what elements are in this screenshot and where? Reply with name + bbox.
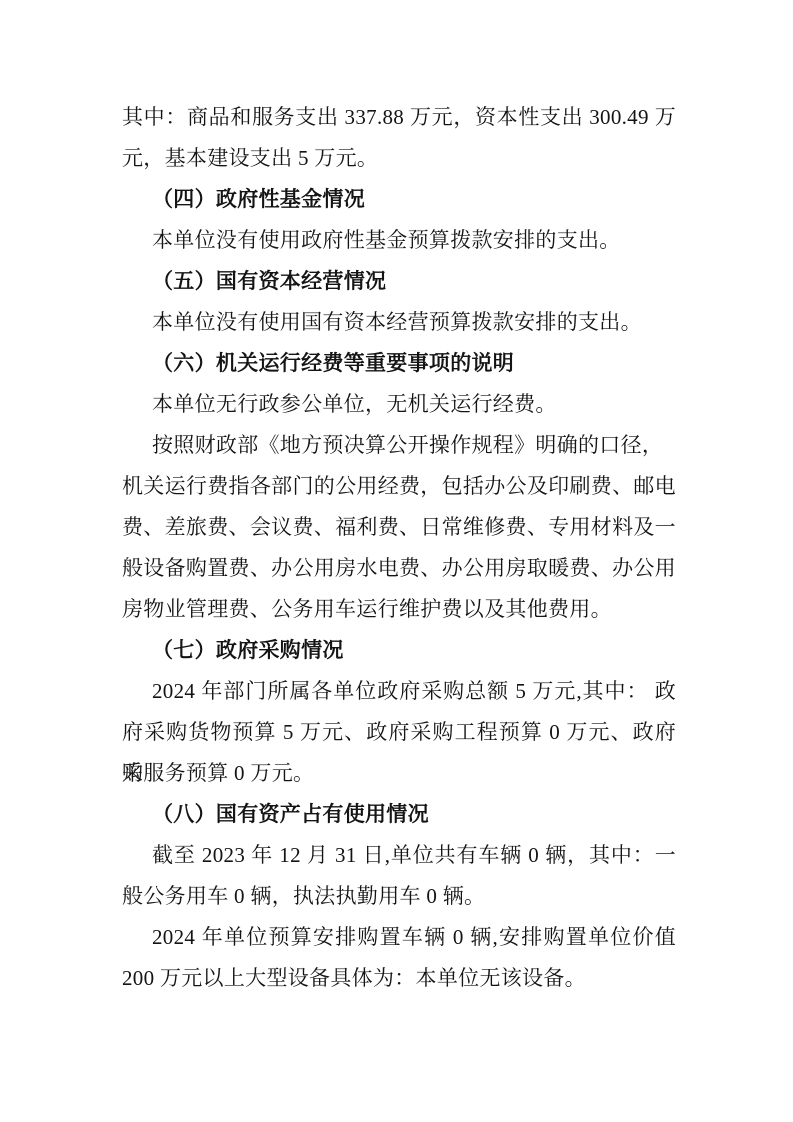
text-line: 般公务用车 0 辆，执法执勤用车 0 辆。 (122, 876, 676, 917)
text-line: 府采购货物预算 5 万元、政府采购工程预算 0 万元、政府采 (122, 712, 676, 753)
text-line: 本单位无行政参公单位，无机关运行经费。 (122, 384, 676, 425)
text-line: 本单位没有使用国有资本经营预算拨款安排的支出。 (122, 302, 676, 343)
text-line: 按照财政部《地方预决算公开操作规程》明确的口径， (122, 425, 676, 466)
section-heading: （四）政府性基金情况 (122, 179, 676, 220)
text-line: 机关运行费指各部门的公用经费，包括办公及印刷费、邮电 (122, 466, 676, 507)
text-line: 购服务预算 0 万元。 (122, 753, 676, 794)
section-heading: （五）国有资本经营情况 (122, 261, 676, 302)
text-line: 截至 2023 年 12 月 31 日,单位共有车辆 0 辆，其中：一 (122, 835, 676, 876)
section-heading: （六）机关运行经费等重要事项的说明 (122, 343, 676, 384)
text-line: 元，基本建设支出 5 万元。 (122, 138, 676, 179)
text-line: 费、差旅费、会议费、福利费、日常维修费、专用材料及一 (122, 507, 676, 548)
document-body: 其中：商品和服务支出 337.88 万元，资本性支出 300.49 万 元，基本… (122, 97, 676, 999)
text-line: 本单位没有使用政府性基金预算拨款安排的支出。 (122, 220, 676, 261)
section-heading: （八）国有资产占有使用情况 (122, 794, 676, 835)
text-line: 2024 年部门所属各单位政府采购总额 5 万元,其中： 政 (122, 671, 676, 712)
text-line: 般设备购置费、办公用房水电费、办公用房取暖费、办公用 (122, 548, 676, 589)
section-heading: （七）政府采购情况 (122, 630, 676, 671)
document-page: 其中：商品和服务支出 337.88 万元，资本性支出 300.49 万 元，基本… (0, 0, 793, 1122)
text-line: 其中：商品和服务支出 337.88 万元，资本性支出 300.49 万 (122, 97, 676, 138)
text-line: 房物业管理费、公务用车运行维护费以及其他费用。 (122, 589, 676, 630)
text-line: 200 万元以上大型设备具体为：本单位无该设备。 (122, 958, 676, 999)
text-line: 2024 年单位预算安排购置车辆 0 辆,安排购置单位价值 (122, 917, 676, 958)
